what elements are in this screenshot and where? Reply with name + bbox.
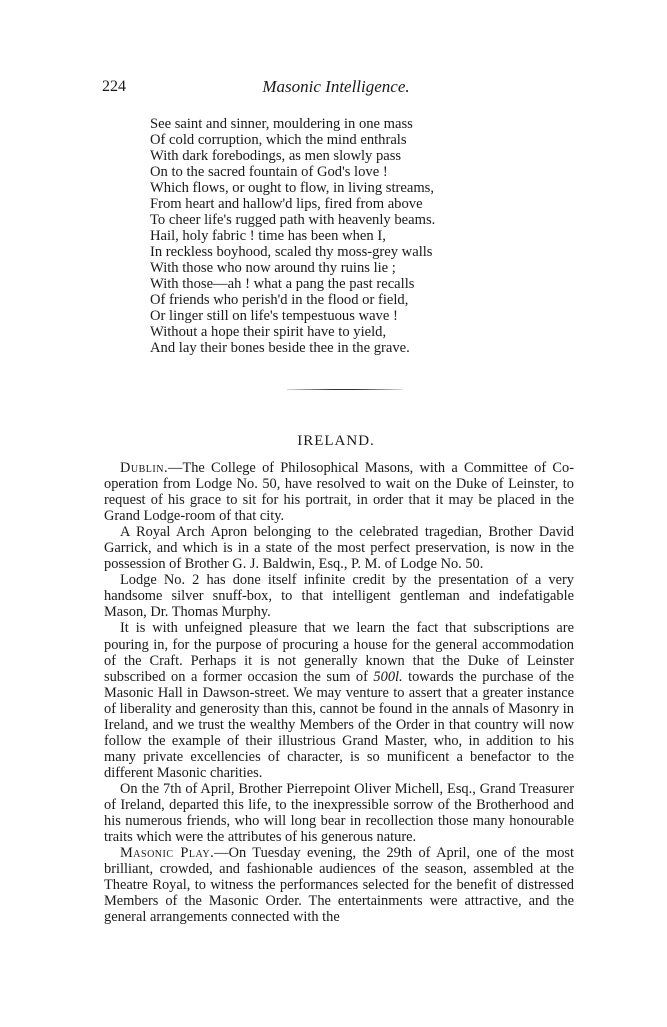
paragraph-dublin: Dublin.—The College of Philosophical Mas… xyxy=(104,460,574,524)
paragraph-masonic-play: Masonic Play.—On Tuesday evening, the 29… xyxy=(104,845,574,925)
poem-line: To cheer life's rugged path with heavenl… xyxy=(150,212,435,228)
section-divider xyxy=(287,389,402,390)
paragraph-royal-arch-apron: A Royal Arch Apron belonging to the cele… xyxy=(104,524,574,572)
poem-line: Which flows, or ought to flow, in living… xyxy=(150,180,435,196)
poem: See saint and sinner, mouldering in one … xyxy=(150,116,435,356)
poem-line: On to the sacred fountain of God's love … xyxy=(150,164,435,180)
poem-line: Hail, holy fabric ! time has been when I… xyxy=(150,228,435,244)
poem-line: In reckless boyhood, scaled thy moss-gre… xyxy=(150,244,435,260)
poem-line: And lay their bones beside thee in the g… xyxy=(150,340,435,356)
paragraph-obituary: On the 7th of April, Brother Pierrepoint… xyxy=(104,781,574,845)
section-heading: IRELAND. xyxy=(102,433,570,450)
poem-line: Of friends who perish'd in the flood or … xyxy=(150,292,435,308)
paragraph-text: towards the purchase of the Masonic Hall… xyxy=(104,669,574,781)
poem-line: Of cold corruption, which the mind enthr… xyxy=(150,132,435,148)
paragraph-lead: Dublin. xyxy=(120,460,168,476)
page-header: 224 Masonic Intelligence. xyxy=(102,78,570,102)
paragraph-text: On the 7th of April, Brother Pierrepoint… xyxy=(104,781,574,845)
poem-line: With dark forebodings, as men slowly pas… xyxy=(150,148,435,164)
poem-line: See saint and sinner, mouldering in one … xyxy=(150,116,435,132)
paragraph-text: A Royal Arch Apron belonging to the cele… xyxy=(104,524,574,572)
paragraph-subscriptions: It is with unfeigned pleasure that we le… xyxy=(104,620,574,780)
poem-line: With those who now around thy ruins lie … xyxy=(150,260,435,276)
poem-line: Without a hope their spirit have to yiel… xyxy=(150,324,435,340)
paragraph-lead: Masonic Play. xyxy=(120,845,214,861)
article-body: Dublin.—The College of Philosophical Mas… xyxy=(104,460,574,925)
paragraph-lodge-no-2: Lodge No. 2 has done itself infinite cre… xyxy=(104,572,574,620)
paragraph-text: —The College of Philosophical Masons, wi… xyxy=(104,460,574,524)
paragraph-text: Lodge No. 2 has done itself infinite cre… xyxy=(104,572,574,620)
poem-line: From heart and hallow'd lips, fired from… xyxy=(150,196,435,212)
poem-line: Or linger still on life's tempestuous wa… xyxy=(150,308,435,324)
poem-line: With those—ah ! what a pang the past rec… xyxy=(150,276,435,292)
running-title: Masonic Intelligence. xyxy=(102,77,570,97)
sum-amount: 500l. xyxy=(373,669,402,685)
